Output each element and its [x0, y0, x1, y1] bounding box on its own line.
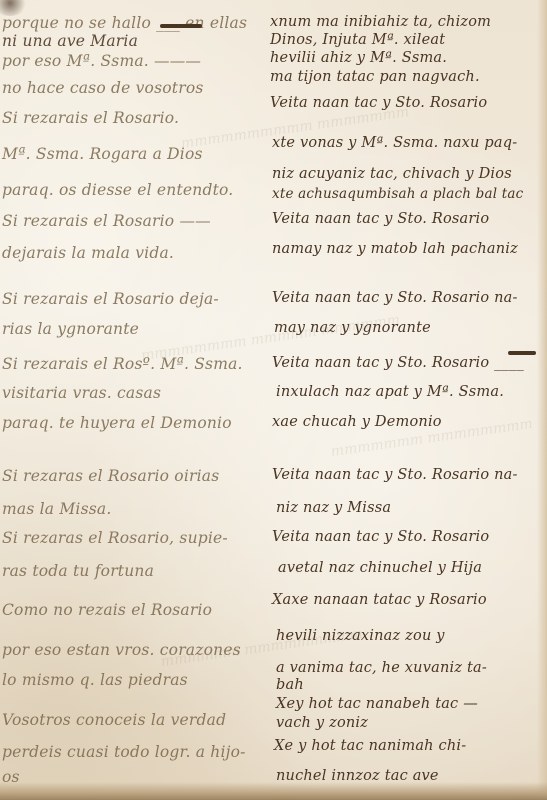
text-line: xte achusaqumbisah a plach bal tac [272, 186, 523, 202]
text-line: visitaria vras. casas [2, 384, 161, 402]
text-line: ras toda tu fortuna [2, 562, 154, 580]
text-line: inxulach naz apat y Mª. Ssma. [276, 384, 504, 400]
text-line: xnum ma inibiahiz ta, chizom [270, 14, 491, 30]
text-line: Veita naan tac y Sto. Rosario [272, 211, 489, 227]
text-line: vach y zoniz [276, 715, 368, 731]
strikethrough-mark [508, 351, 536, 355]
text-line: dejarais la mala vida. [2, 244, 174, 262]
text-line: Si rezarais el Rosario deja- [2, 290, 219, 308]
text-line: a vanima tac, he xuvaniz ta- [276, 660, 487, 676]
text-line: por eso estan vros. corazones [2, 641, 241, 659]
text-line: bah [276, 677, 304, 693]
text-line: avetal naz chinuchel y Hija [278, 560, 482, 576]
text-line: Xaxe nanaan tatac y Rosario [272, 592, 487, 608]
text-line: Veita naan tac y Sto. Rosario [272, 529, 489, 545]
text-line: Veita naan tac y Sto. Rosario na- [272, 290, 518, 306]
text-line: Si rezarais el Rosº. Mª. Ssma. [2, 355, 243, 373]
text-line: ni una ave Maria [2, 32, 138, 50]
text-line: namay naz y matob lah pachaniz [272, 241, 518, 257]
text-line: Veita naan tac y Sto. Rosario na- [272, 467, 518, 483]
text-line: Veita naan tac y Sto. Rosario [270, 95, 487, 111]
text-line: Si rezarais el Rosario —— [2, 212, 211, 230]
text-line: lo mismo q. las piedras [2, 671, 188, 689]
text-line: Vosotros conoceis la verdad [2, 711, 226, 729]
text-line: ma tijon tatac pan nagvach. [270, 69, 480, 85]
text-line: hevili nizzaxinaz zou y [276, 628, 445, 644]
text-line: por eso Mª. Ssma. ——— [2, 52, 201, 70]
text-line: Si rezaras el Rosario, supie- [2, 529, 228, 547]
text-line: Dinos, Injuta Mª. xileat [270, 32, 445, 48]
page-edge-bottom [0, 782, 547, 800]
text-line: hevilii ahiz y Mª. Ssma. [270, 50, 447, 66]
text-line: xte vonas y Mª. Ssma. naxu paq- [272, 135, 517, 151]
text-line: Si rezaras el Rosario oirias [2, 467, 219, 485]
text-line: no hace caso de vosotros [2, 79, 204, 97]
text-line: niz acuyaniz tac, chivach y Dios [272, 166, 512, 182]
text-line: Mª. Ssma. Rogara a Dios [2, 145, 203, 163]
text-line: Xe y hot tac nanimah chi- [274, 738, 466, 754]
text-line: paraq. os diesse el entendto. [2, 181, 233, 199]
manuscript-page: mmmmmmmmmm mmmmmmm mmmmmmmm mmmmm mmmmmm… [0, 0, 547, 800]
text-line: xae chucah y Demonio [272, 414, 442, 430]
text-line: Veita naan tac y Sto. Rosario ____ [272, 355, 524, 371]
strikethrough-mark [160, 24, 202, 28]
text-line: paraq. te huyera el Demonio [2, 414, 232, 432]
text-line: Si rezarais el Rosario. [2, 109, 179, 127]
page-edge-right [537, 0, 547, 800]
text-line: Como no rezais el Rosario [2, 601, 212, 619]
text-line: perdeis cuasi todo logr. a hijo- [2, 743, 246, 761]
text-line: may naz y ygnorante [274, 320, 431, 336]
text-line: rias la ygnorante [2, 320, 139, 338]
text-line: mas la Missa. [2, 500, 111, 518]
text-line: niz naz y Missa [276, 500, 391, 516]
text-line: Xey hot tac nanabeh tac — [276, 696, 478, 712]
text-line: porque no se hallo ___ en ellas [2, 14, 247, 32]
